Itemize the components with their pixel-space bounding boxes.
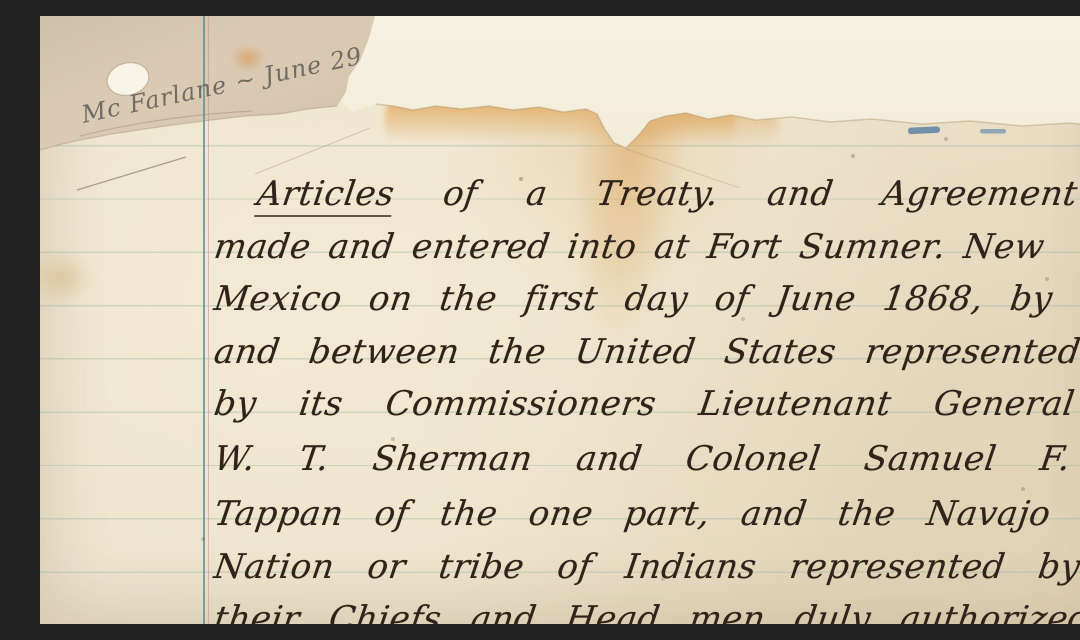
manuscript-line-3: Mexico on the first day of June 1868, by (212, 282, 1055, 316)
manuscript-line-6: W. T. Sherman and Colonel Samuel F. (212, 442, 1073, 476)
backing-paper-shape (339, 16, 1080, 148)
document-photo: Mc Farlane ~ June 29 Articles of a Treat… (40, 16, 1080, 624)
manuscript-line-1-rest: of a Treaty. and Agreement (391, 174, 1080, 214)
manuscript-line-5: by its Commissioners Lieutenant General (212, 387, 1077, 421)
manuscript-line-9: their Chiefs and Head men duly authorize… (212, 602, 1080, 624)
manuscript-line-1: Articles of a Treaty. and Agreement (255, 177, 1080, 211)
manuscript-line-8: Nation or tribe of Indians represented b… (212, 550, 1080, 584)
paper-specks (40, 16, 42, 18)
manuscript-line-2: made and entered into at Fort Sumner. Ne… (212, 230, 1047, 264)
manuscript-line-7: Tappan of the one part, and the Navajo (212, 497, 1053, 531)
underlined-title-word: Articles (254, 174, 397, 217)
manuscript-line-4: and between the United States represente… (212, 335, 1080, 369)
blue-ink-mark (908, 126, 940, 134)
page-crease-line (255, 128, 370, 174)
margin-line-pink (208, 16, 210, 624)
blue-ink-mark-2 (980, 129, 1006, 134)
page-scratch-line (77, 157, 186, 190)
margin-line-teal (203, 16, 205, 624)
